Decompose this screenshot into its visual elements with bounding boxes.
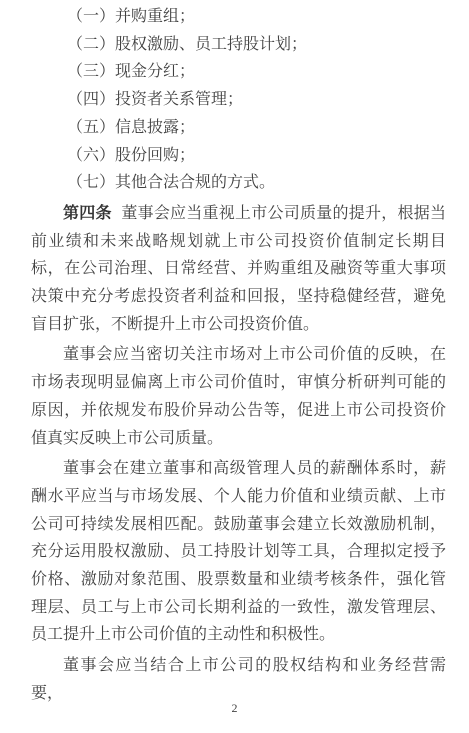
page-number: 2	[0, 701, 469, 715]
article-paragraph: 第四条董事会应当重视上市公司质量的提升，根据当前业绩和未来战略规划就上市公司投资…	[31, 200, 446, 339]
list-item-5: （五）信息披露；	[31, 114, 446, 142]
paragraph-market-value: 董事会应当密切关注市场对上市公司价值的反映，在市场表现明显偏离上市公司价值时，审…	[31, 341, 446, 452]
list-item-2: （二）股权激励、员工持股计划；	[31, 31, 446, 59]
list-item-3: （三）现金分红；	[31, 58, 446, 86]
document-page: （一）并购重组； （二）股权激励、员工持股计划； （三）现金分红； （四）投资者…	[0, 0, 469, 733]
list-item-1: （一）并购重组；	[31, 3, 446, 31]
list-item-4: （四）投资者关系管理；	[31, 86, 446, 114]
article-text: 董事会应当重视上市公司质量的提升，根据当前业绩和未来战略规划就上市公司投资价值制…	[31, 205, 446, 333]
list-item-6: （六）股份回购；	[31, 142, 446, 170]
article-number-label: 第四条	[63, 205, 112, 222]
list-item-7: （七）其他合法合规的方式。	[31, 169, 446, 197]
paragraph-equity-structure: 董事会应当结合上市公司的股权结构和业务经营需要，	[31, 652, 446, 707]
paragraph-compensation-incentives: 董事会在建立董事和高级管理人员的薪酬体系时，薪酬水平应当与市场发展、个人能力价值…	[31, 455, 446, 649]
numbered-list: （一）并购重组； （二）股权激励、员工持股计划； （三）现金分红； （四）投资者…	[31, 3, 446, 197]
